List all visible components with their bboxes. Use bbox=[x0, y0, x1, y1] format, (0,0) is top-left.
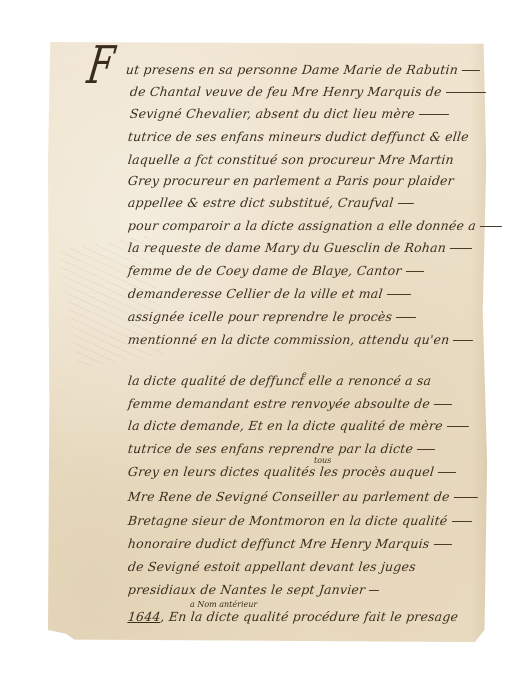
manuscript-line: appellee & estre dict substitué, Craufva… bbox=[127, 195, 414, 210]
line-text: assignée icelle pour reprendre le procès bbox=[127, 309, 393, 324]
line-text: presidiaux de Nantes le sept Janvier bbox=[127, 582, 366, 597]
line-text: de Chantal veuve de feu Mre Henry Marqui… bbox=[129, 84, 442, 99]
year-text: 1644 bbox=[127, 609, 161, 624]
line-filler-stroke bbox=[387, 294, 411, 295]
manuscript-text: ut presens en sa personne Dame Marie de … bbox=[0, 0, 530, 700]
line-text: la requeste de dame Mary du Guesclin de … bbox=[127, 240, 447, 255]
manuscript-line: de Chantal veuve de feu Mre Henry Marqui… bbox=[129, 84, 486, 99]
line-filler-stroke bbox=[417, 449, 435, 450]
line-text: Grey procureur en parlement a Paris pour… bbox=[127, 173, 454, 188]
manuscript-line: la dicte qualité de deffunct elle a reno… bbox=[127, 373, 432, 388]
line-filler-stroke bbox=[446, 92, 486, 93]
manuscript-line: femme demandant estre renvoyée absoulte … bbox=[127, 396, 453, 411]
line-text: tutrice de ses enfans mineurs dudict def… bbox=[127, 129, 469, 144]
line-filler-stroke bbox=[396, 317, 416, 318]
line-filler-stroke bbox=[451, 521, 471, 522]
line-text: ut presens en sa personne Dame Marie de … bbox=[125, 62, 459, 77]
interlinear-note: a Nom antérieur bbox=[190, 600, 257, 609]
line-text: la dicte demande, Et en la dicte qualité… bbox=[127, 418, 443, 433]
line-filler-stroke bbox=[462, 70, 480, 71]
line-text: Bretagne sieur de Montmoron en la dicte … bbox=[127, 513, 448, 528]
manuscript-line: de Sevigné estoit appellant devant les j… bbox=[127, 559, 416, 574]
line-text: de Sevigné estoit appellant devant les j… bbox=[127, 559, 416, 574]
manuscript-line: Grey en leurs dictes qualités les procès… bbox=[127, 464, 457, 479]
line-text: femme demandant estre renvoyée absoulte … bbox=[127, 396, 431, 411]
line-filler-stroke bbox=[369, 590, 379, 591]
manuscript-line: tutrice de ses enfans mineurs dudict def… bbox=[127, 129, 469, 144]
interlinear-note: tous bbox=[314, 456, 331, 465]
interlinear-note: e bbox=[302, 370, 307, 379]
line-filler-stroke bbox=[434, 404, 452, 405]
line-text: honoraire dudict deffunct Mre Henry Marq… bbox=[127, 536, 430, 551]
line-text: tutrice de ses enfans reprendre par la d… bbox=[127, 441, 414, 456]
line-filler-stroke bbox=[454, 497, 478, 498]
manuscript-line: laquelle a fct constitué son procureur M… bbox=[127, 152, 454, 167]
line-text: femme de de Coey dame de Blaye, Cantor bbox=[127, 263, 402, 278]
line-text: 1644, En la dicte qualité procédure fait… bbox=[127, 609, 459, 624]
manuscript-line: assignée icelle pour reprendre le procès bbox=[127, 309, 417, 324]
manuscript-line: honoraire dudict deffunct Mre Henry Marq… bbox=[127, 536, 452, 551]
manuscript-line: ut presens en sa personne Dame Marie de … bbox=[125, 62, 481, 77]
line-filler-stroke bbox=[480, 226, 502, 227]
line-text: appellee & estre dict substitué, Craufva… bbox=[127, 195, 394, 210]
line-text: demanderesse Cellier de la ville et mal bbox=[127, 286, 383, 301]
manuscript-line: mentionné en la dicte commission, attend… bbox=[127, 332, 474, 347]
manuscript-line: 1644, En la dicte qualité procédure fait… bbox=[127, 609, 459, 624]
manuscript-line: Bretagne sieur de Montmoron en la dicte … bbox=[127, 513, 472, 528]
line-text: Sevigné Chevalier, absent du dict lieu m… bbox=[129, 106, 415, 121]
manuscript-line: Grey procureur en parlement a Paris pour… bbox=[127, 173, 454, 188]
line-filler-stroke bbox=[453, 340, 473, 341]
line-filler-stroke bbox=[419, 114, 449, 115]
line-text: laquelle a fct constitué son procureur M… bbox=[127, 152, 454, 167]
manuscript-line: pour comparoir a la dicte assignation a … bbox=[127, 218, 503, 233]
line-text: mentionné en la dicte commission, attend… bbox=[127, 332, 450, 347]
line-filler-stroke bbox=[433, 544, 451, 545]
line-filler-stroke bbox=[438, 472, 456, 473]
manuscript-line: Mre Rene de Sevigné Conseiller au parlem… bbox=[127, 489, 478, 504]
line-filler-stroke bbox=[450, 248, 472, 249]
line-filler-stroke bbox=[397, 203, 413, 204]
line-text: Grey en leurs dictes qualités les procès… bbox=[127, 464, 435, 479]
line-text: la dicte qualité de deffunct elle a reno… bbox=[127, 373, 432, 388]
manuscript-line: la requeste de dame Mary du Guesclin de … bbox=[127, 240, 473, 255]
manuscript-line: la dicte demande, Et en la dicte qualité… bbox=[127, 418, 469, 433]
manuscript-line: presidiaux de Nantes le sept Janvier bbox=[127, 582, 380, 597]
line-filler-stroke bbox=[405, 271, 423, 272]
manuscript-line: tutrice de ses enfans reprendre par la d… bbox=[127, 441, 436, 456]
manuscript-line: femme de de Coey dame de Blaye, Cantor bbox=[127, 263, 424, 278]
manuscript-line: demanderesse Cellier de la ville et mal bbox=[127, 286, 411, 301]
manuscript-line: Sevigné Chevalier, absent du dict lieu m… bbox=[129, 106, 449, 121]
line-text: pour comparoir a la dicte assignation a … bbox=[127, 218, 477, 233]
line-text: Mre Rene de Sevigné Conseiller au parlem… bbox=[127, 489, 450, 504]
line-filler-stroke bbox=[447, 426, 469, 427]
